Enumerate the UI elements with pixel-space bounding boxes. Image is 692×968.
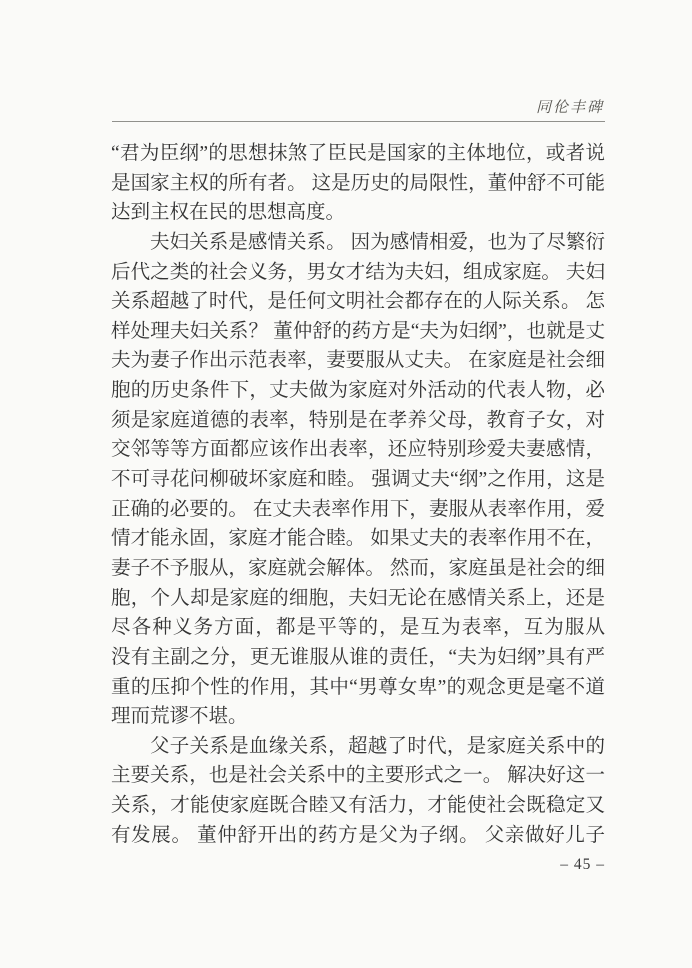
text-line: 尽各种义务方面，都是平等的，是互为表率，互为服从的， <box>111 613 605 643</box>
header-rule <box>112 121 605 122</box>
body-text: “君为臣纲”的思想抹煞了臣民是国家的主体地位，或者说是国家主权的所有者。 这是历… <box>111 139 605 850</box>
text-line: 样处理夫妇关系？ 董仲舒的药方是“夫为妇纲”，也就是丈 <box>111 317 605 347</box>
text-line: 须是家庭道德的表率，特别是在孝养父母，教育子女，对外 <box>111 406 605 436</box>
running-head: 同伦丰碑 <box>112 96 604 117</box>
text-line: 胞的历史条件下，丈夫做为家庭对外活动的代表人物，必 <box>111 376 605 406</box>
text-line: 妻子不予服从，家庭就会解体。 然而，家庭虽是社会的细 <box>111 554 605 584</box>
text-line: 正确的必要的。 在丈夫表率作用下，妻服从表率作用，爱 <box>111 495 605 525</box>
text-line: 关系超越了时代，是任何文明社会都存在的人际关系。 怎 <box>111 287 605 317</box>
text-line: 理而荒谬不堪。 <box>111 702 605 732</box>
text-line: 有发展。 董仲舒开出的药方是父为子纲。 父亲做好儿子 <box>111 821 605 851</box>
text-line: 交邻等等方面都应该作出表率，还应特别珍爱夫妻感情， <box>111 435 605 465</box>
text-line: 夫妇关系是感情关系。 因为感情相爱，也为了尽繁衍 <box>111 228 605 258</box>
text-line: 不可寻花问柳破坏家庭和睦。 强调丈夫“纲”之作用，这是 <box>111 465 605 495</box>
text-line: 胞，个人却是家庭的细胞，夫妇无论在感情关系上，还是在 <box>111 584 605 614</box>
text-line: 没有主副之分，更无谁服从谁的责任，“夫为妇纲”具有严 <box>111 643 605 673</box>
text-line: 后代之类的社会义务，男女才结为夫妇，组成家庭。 夫妇 <box>111 258 605 288</box>
text-line: 关系，才能使家庭既合睦又有活力，才能使社会既稳定又 <box>111 791 605 821</box>
text-line: 是国家主权的所有者。 这是历史的局限性，董仲舒不可能 <box>111 169 605 199</box>
text-line: 情才能永固，家庭才能合睦。 如果丈夫的表率作用不在， <box>111 524 605 554</box>
text-line: 达到主权在民的思想高度。 <box>111 198 605 228</box>
text-line: 夫为妻子作出示范表率，妻要服从丈夫。 在家庭是社会细 <box>111 346 605 376</box>
book-page: 同伦丰碑 “君为臣纲”的思想抹煞了臣民是国家的主体地位，或者说是国家主权的所有者… <box>0 0 692 968</box>
text-line: 主要关系，也是社会关系中的主要形式之一。 解决好这一 <box>111 761 605 791</box>
text-line: 重的压抑个性的作用，其中“男尊女卑”的观念更是毫不道 <box>111 673 605 703</box>
page-number: – 45 – <box>111 856 605 874</box>
text-line: 父子关系是血缘关系，超越了时代，是家庭关系中的 <box>111 732 605 762</box>
text-line: “君为臣纲”的思想抹煞了臣民是国家的主体地位，或者说 <box>111 139 605 169</box>
